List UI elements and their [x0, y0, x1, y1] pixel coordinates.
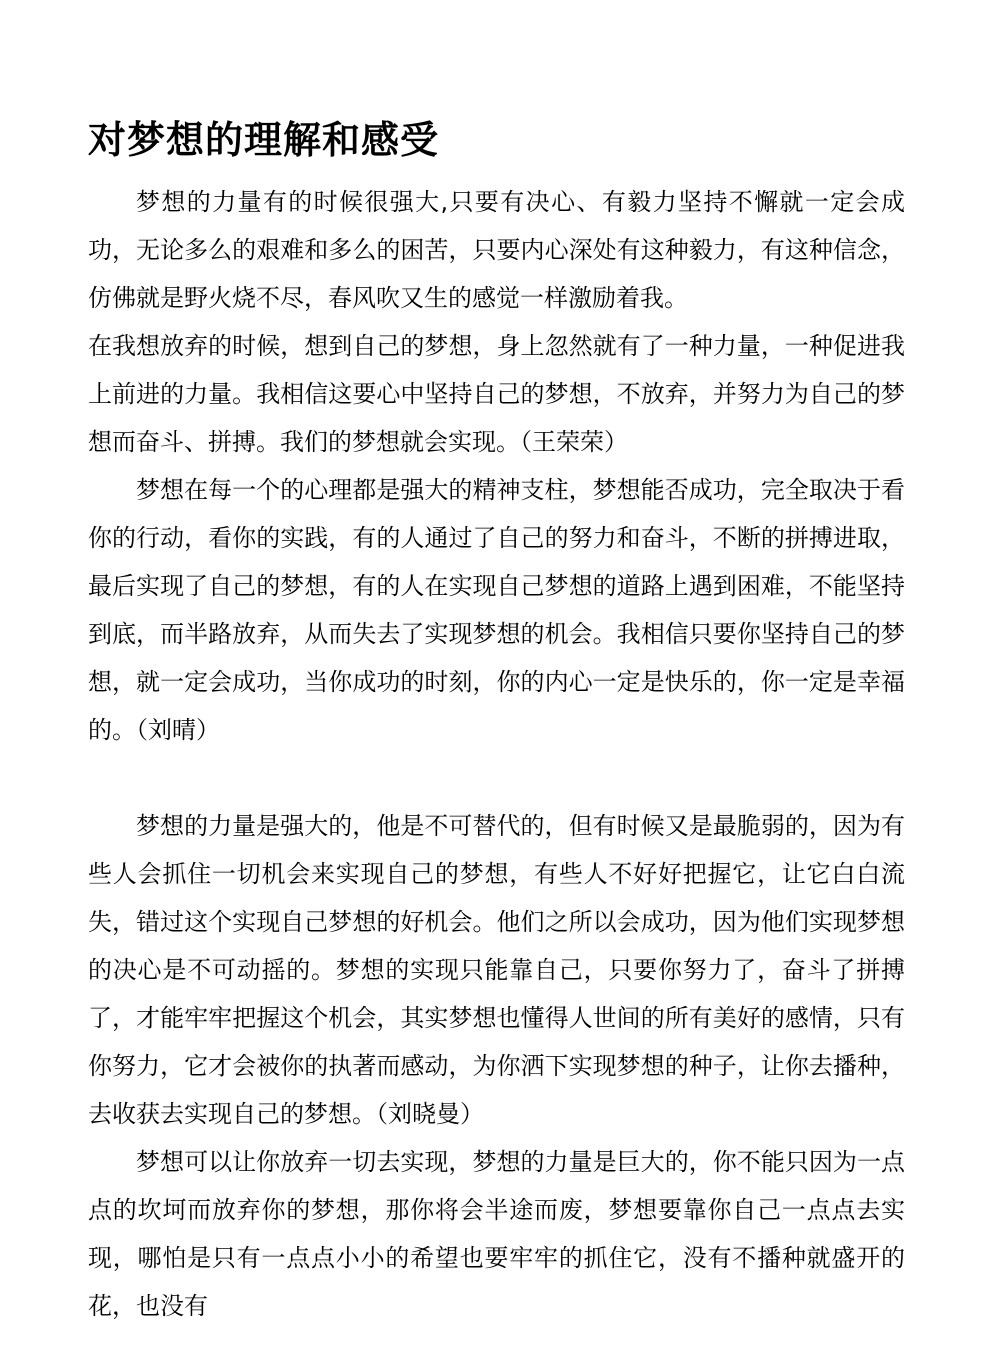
paragraph: 梦想在每一个的心理都是强大的精神支柱，梦想能否成功，完全取决于看你的行动，看你的… [88, 466, 905, 754]
empty-paragraph [88, 754, 905, 802]
paragraph: 梦想的力量有的时候很强大,只要有决心、有毅力坚持不懈就一定会成功，无论多么的艰难… [88, 178, 905, 322]
paragraph: 梦想可以让你放弃一切去实现，梦想的力量是巨大的，你不能只因为一点点的坎坷而放弃你… [88, 1138, 905, 1330]
paragraph: 在我想放弃的时候，想到自己的梦想，身上忽然就有了一种力量，一种促进我上前进的力量… [88, 322, 905, 466]
document-title: 对梦想的理解和感受 [88, 114, 905, 166]
document-page: 对梦想的理解和感受 梦想的力量有的时候很强大,只要有决心、有毅力坚持不懈就一定会… [0, 0, 993, 1354]
paragraph: 梦想的力量是强大的，他是不可替代的，但有时候又是最脆弱的，因为有些人会抓住一切机… [88, 802, 905, 1138]
document-body: 梦想的力量有的时候很强大,只要有决心、有毅力坚持不懈就一定会成功，无论多么的艰难… [88, 178, 905, 1330]
